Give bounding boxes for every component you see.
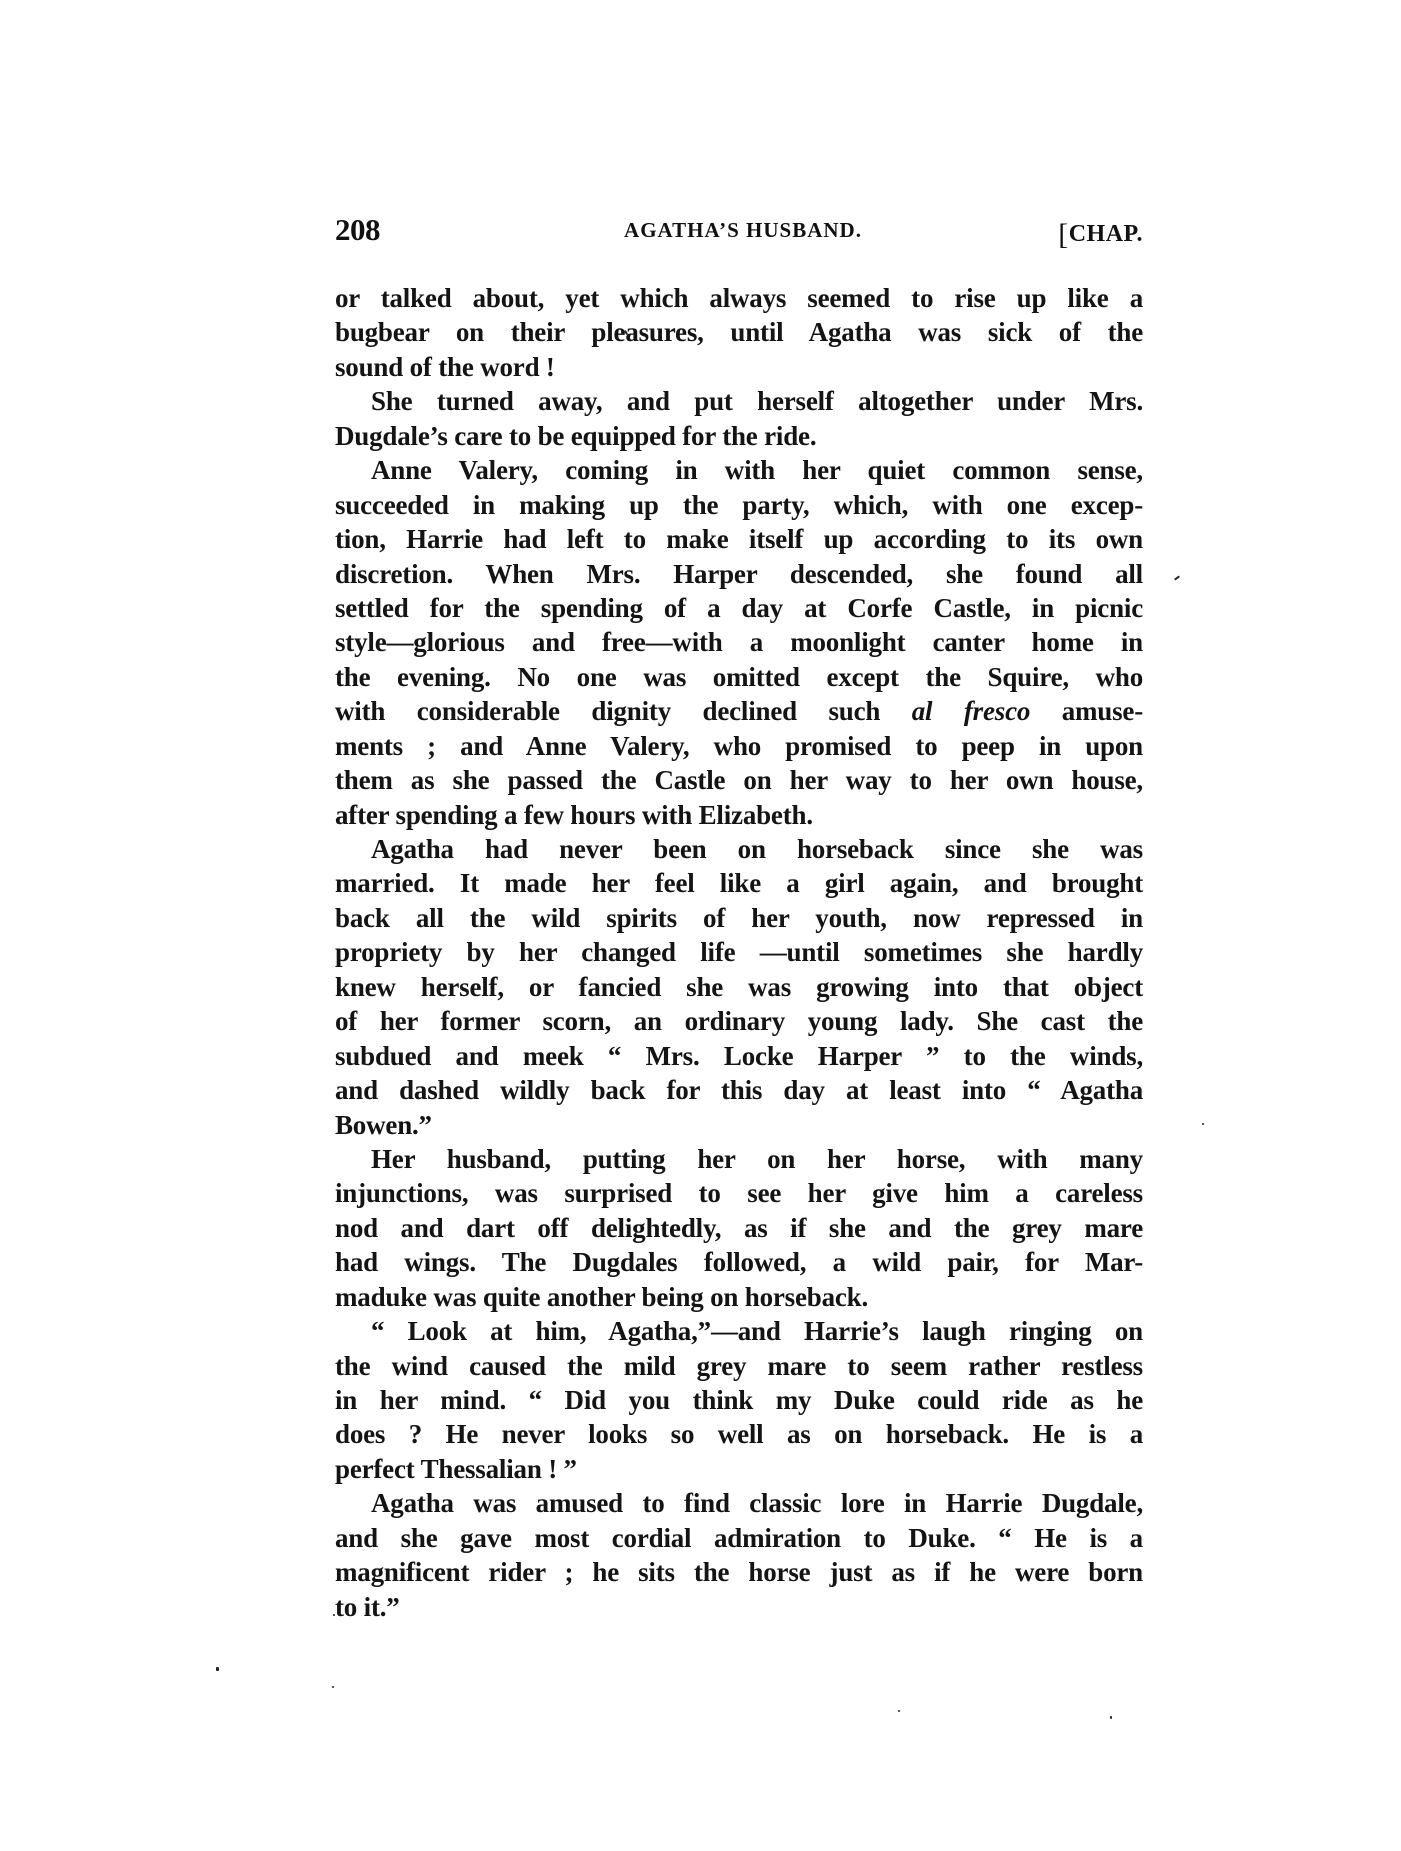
text-line: propriety by her changed life —until som… [335, 935, 1143, 969]
text-line: maduke was quite another being on horseb… [335, 1280, 1143, 1314]
text-line: knew herself, or fancied she was growing… [335, 970, 1143, 1004]
text-line: with considerable dignity declined such … [335, 694, 1143, 728]
text-line: style—glorious and free—with a moonlight… [335, 625, 1143, 659]
scan-speck [1202, 1123, 1204, 1125]
text-line: injunctions, was surprised to see her gi… [335, 1176, 1143, 1210]
text-line: perfect Thessalian ! ” [335, 1452, 1143, 1486]
scan-speck [1110, 1716, 1112, 1719]
text-line: had wings. The Dugdales followed, a wild… [335, 1245, 1143, 1279]
text-line: magnificent rider ; he sits the horse ju… [335, 1555, 1143, 1589]
text-line: sound of the word ! [335, 350, 1143, 384]
text-line: nod and dart off delightedly, as if she … [335, 1211, 1143, 1245]
text-line: She turned away, and put herself altoget… [335, 384, 1143, 418]
chapter-marker: [CHAP. [1058, 215, 1143, 249]
chapter-bracket: [ [1058, 218, 1069, 251]
text-line: Agatha was amused to find classic lore i… [335, 1486, 1143, 1520]
text-line: Anne Valery, coming in with her quiet co… [335, 453, 1143, 487]
text-line: Her husband, putting her on her horse, w… [335, 1142, 1143, 1176]
text-line: and she gave most cordial admiration to … [335, 1521, 1143, 1555]
text-line: the evening. No one was omitted except t… [335, 660, 1143, 694]
text-line: Bowen.” [335, 1108, 1143, 1142]
text-line: of her former scorn, an ordinary young l… [335, 1004, 1143, 1038]
scan-speck [333, 1614, 335, 1616]
text-line: does ? He never looks so well as on hors… [335, 1417, 1143, 1451]
scan-speck [216, 1667, 219, 1671]
scan-speck [332, 1686, 334, 1688]
scan-speck [898, 1710, 900, 1712]
text-line: married. It made her feel like a girl ag… [335, 866, 1143, 900]
body-text: or talked about, yet which always seemed… [335, 281, 1143, 1624]
text-line: settled for the spending of a day at Cor… [335, 591, 1143, 625]
running-title: AGATHA’S HUSBAND. [335, 218, 1143, 243]
text-line: after spending a few hours with Elizabet… [335, 798, 1143, 832]
text-line: back all the wild spirits of her youth, … [335, 901, 1143, 935]
text-line: bugbear on their pleasures, until Agatha… [335, 315, 1143, 349]
text-line: them as she passed the Castle on her way… [335, 763, 1143, 797]
text-line: and dashed wildly back for this day at l… [335, 1073, 1143, 1107]
text-line: in her mind. “ Did you think my Duke cou… [335, 1383, 1143, 1417]
text-line: succeeded in making up the party, which,… [335, 488, 1143, 522]
text-line: or talked about, yet which always seemed… [335, 281, 1143, 315]
text-line: the wind caused the mild grey mare to se… [335, 1349, 1143, 1383]
italic-phrase: al fresco [912, 696, 1030, 726]
text-line: Agatha had never been on horseback since… [335, 832, 1143, 866]
chapter-label: CHAP. [1069, 221, 1143, 247]
scan-speck [1174, 575, 1180, 580]
text-line: Dugdale’s care to be equipped for the ri… [335, 419, 1143, 453]
text-line: to it.” [335, 1590, 1143, 1624]
book-page: 208 AGATHA’S HUSBAND. [CHAP. or talked a… [0, 0, 1401, 1851]
text-line: subdued and meek “ Mrs. Locke Harper ” t… [335, 1039, 1143, 1073]
running-head: 208 AGATHA’S HUSBAND. [CHAP. [335, 212, 1143, 248]
text-line: ments ; and Anne Valery, who promised to… [335, 729, 1143, 763]
text-line: “ Look at him, Agatha,”—and Harrie’s lau… [335, 1314, 1143, 1348]
text-line: discretion. When Mrs. Harper descended, … [335, 557, 1143, 591]
text-line: tion, Harrie had left to make itself up … [335, 522, 1143, 556]
